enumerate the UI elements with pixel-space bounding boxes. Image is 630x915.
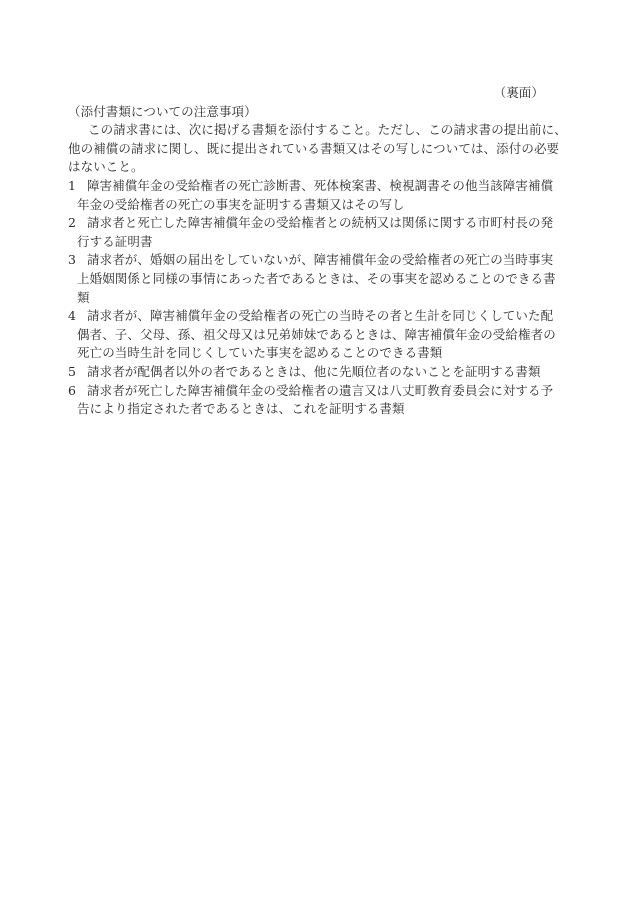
item-6-line-2: 告により指定された者であるときは、これを証明する書類 — [68, 400, 562, 419]
item-5-line-1: 5 請求者が配偶者以外の者であるときは、他に先順位者のないことを証明する書類 — [68, 363, 562, 382]
item-3-line-2: 上婚姻関係と同様の事情にあった者であるときは、その事実を認めることのできる書 — [68, 270, 562, 289]
item-4-number: 4 — [68, 307, 87, 326]
item-6-number: 6 — [68, 382, 87, 401]
item-1-number: 1 — [68, 177, 87, 196]
item-4-line-2: 偶者、子、父母、孫、祖父母又は兄弟姉妹であるときは、障害補償年金の受給権者の — [68, 326, 562, 345]
item-6-text: 請求者が死亡した障害補償年金の受給権者の遺言又は八丈町教育委員会に対する予 — [87, 382, 562, 401]
intro-line-3: はないこと。 — [68, 158, 562, 177]
item-5-text: 請求者が配偶者以外の者であるときは、他に先順位者のないことを証明する書類 — [87, 363, 562, 382]
back-side-label: （裏面） — [68, 84, 562, 103]
item-4-text: 請求者が、障害補償年金の受給権者の死亡の当時その者と生計を同じくしていた配 — [87, 307, 562, 326]
document-page: （裏面） （添付書類についての注意事項） この請求書には、次に掲げる書類を添付す… — [0, 0, 630, 915]
item-3-number: 3 — [68, 251, 87, 270]
item-5-number: 5 — [68, 363, 87, 382]
intro-line-1: この請求書には、次に掲げる書類を添付すること。ただし、この請求書の提出前に、 — [68, 121, 562, 140]
item-3-line-1: 3 請求者が、婚姻の届出をしていないが、障害補償年金の受給権者の死亡の当時事実 — [68, 251, 562, 270]
attachment-notes-heading: （添付書類についての注意事項） — [68, 103, 562, 122]
item-4-line-3: 死亡の当時生計を同じくしていた事実を認めることのできる書類 — [68, 344, 562, 363]
item-2-text: 請求者と死亡した障害補償年金の受給権者との続柄又は関係に関する市町村長の発 — [87, 214, 562, 233]
item-2-line-1: 2 請求者と死亡した障害補償年金の受給権者との続柄又は関係に関する市町村長の発 — [68, 214, 562, 233]
item-2-line-2: 行する証明書 — [68, 233, 562, 252]
item-3-line-3: 類 — [68, 289, 562, 308]
intro-line-2: 他の補償の請求に関し、既に提出されている書類又はその写しについては、添付の必要 — [68, 140, 562, 159]
item-4-line-1: 4 請求者が、障害補償年金の受給権者の死亡の当時その者と生計を同じくしていた配 — [68, 307, 562, 326]
item-6-line-1: 6 請求者が死亡した障害補償年金の受給権者の遺言又は八丈町教育委員会に対する予 — [68, 382, 562, 401]
item-3-text: 請求者が、婚姻の届出をしていないが、障害補償年金の受給権者の死亡の当時事実 — [87, 251, 562, 270]
item-1-line-2: 年金の受給権者の死亡の事実を証明する書類又はその写し — [68, 196, 562, 215]
item-1-line-1: 1 障害補償年金の受給権者の死亡診断書、死体検案書、検視調書その他当該障害補償 — [68, 177, 562, 196]
attachment-notes: （裏面） （添付書類についての注意事項） この請求書には、次に掲げる書類を添付す… — [68, 84, 562, 419]
item-2-number: 2 — [68, 214, 87, 233]
item-1-text: 障害補償年金の受給権者の死亡診断書、死体検案書、検視調書その他当該障害補償 — [87, 177, 562, 196]
